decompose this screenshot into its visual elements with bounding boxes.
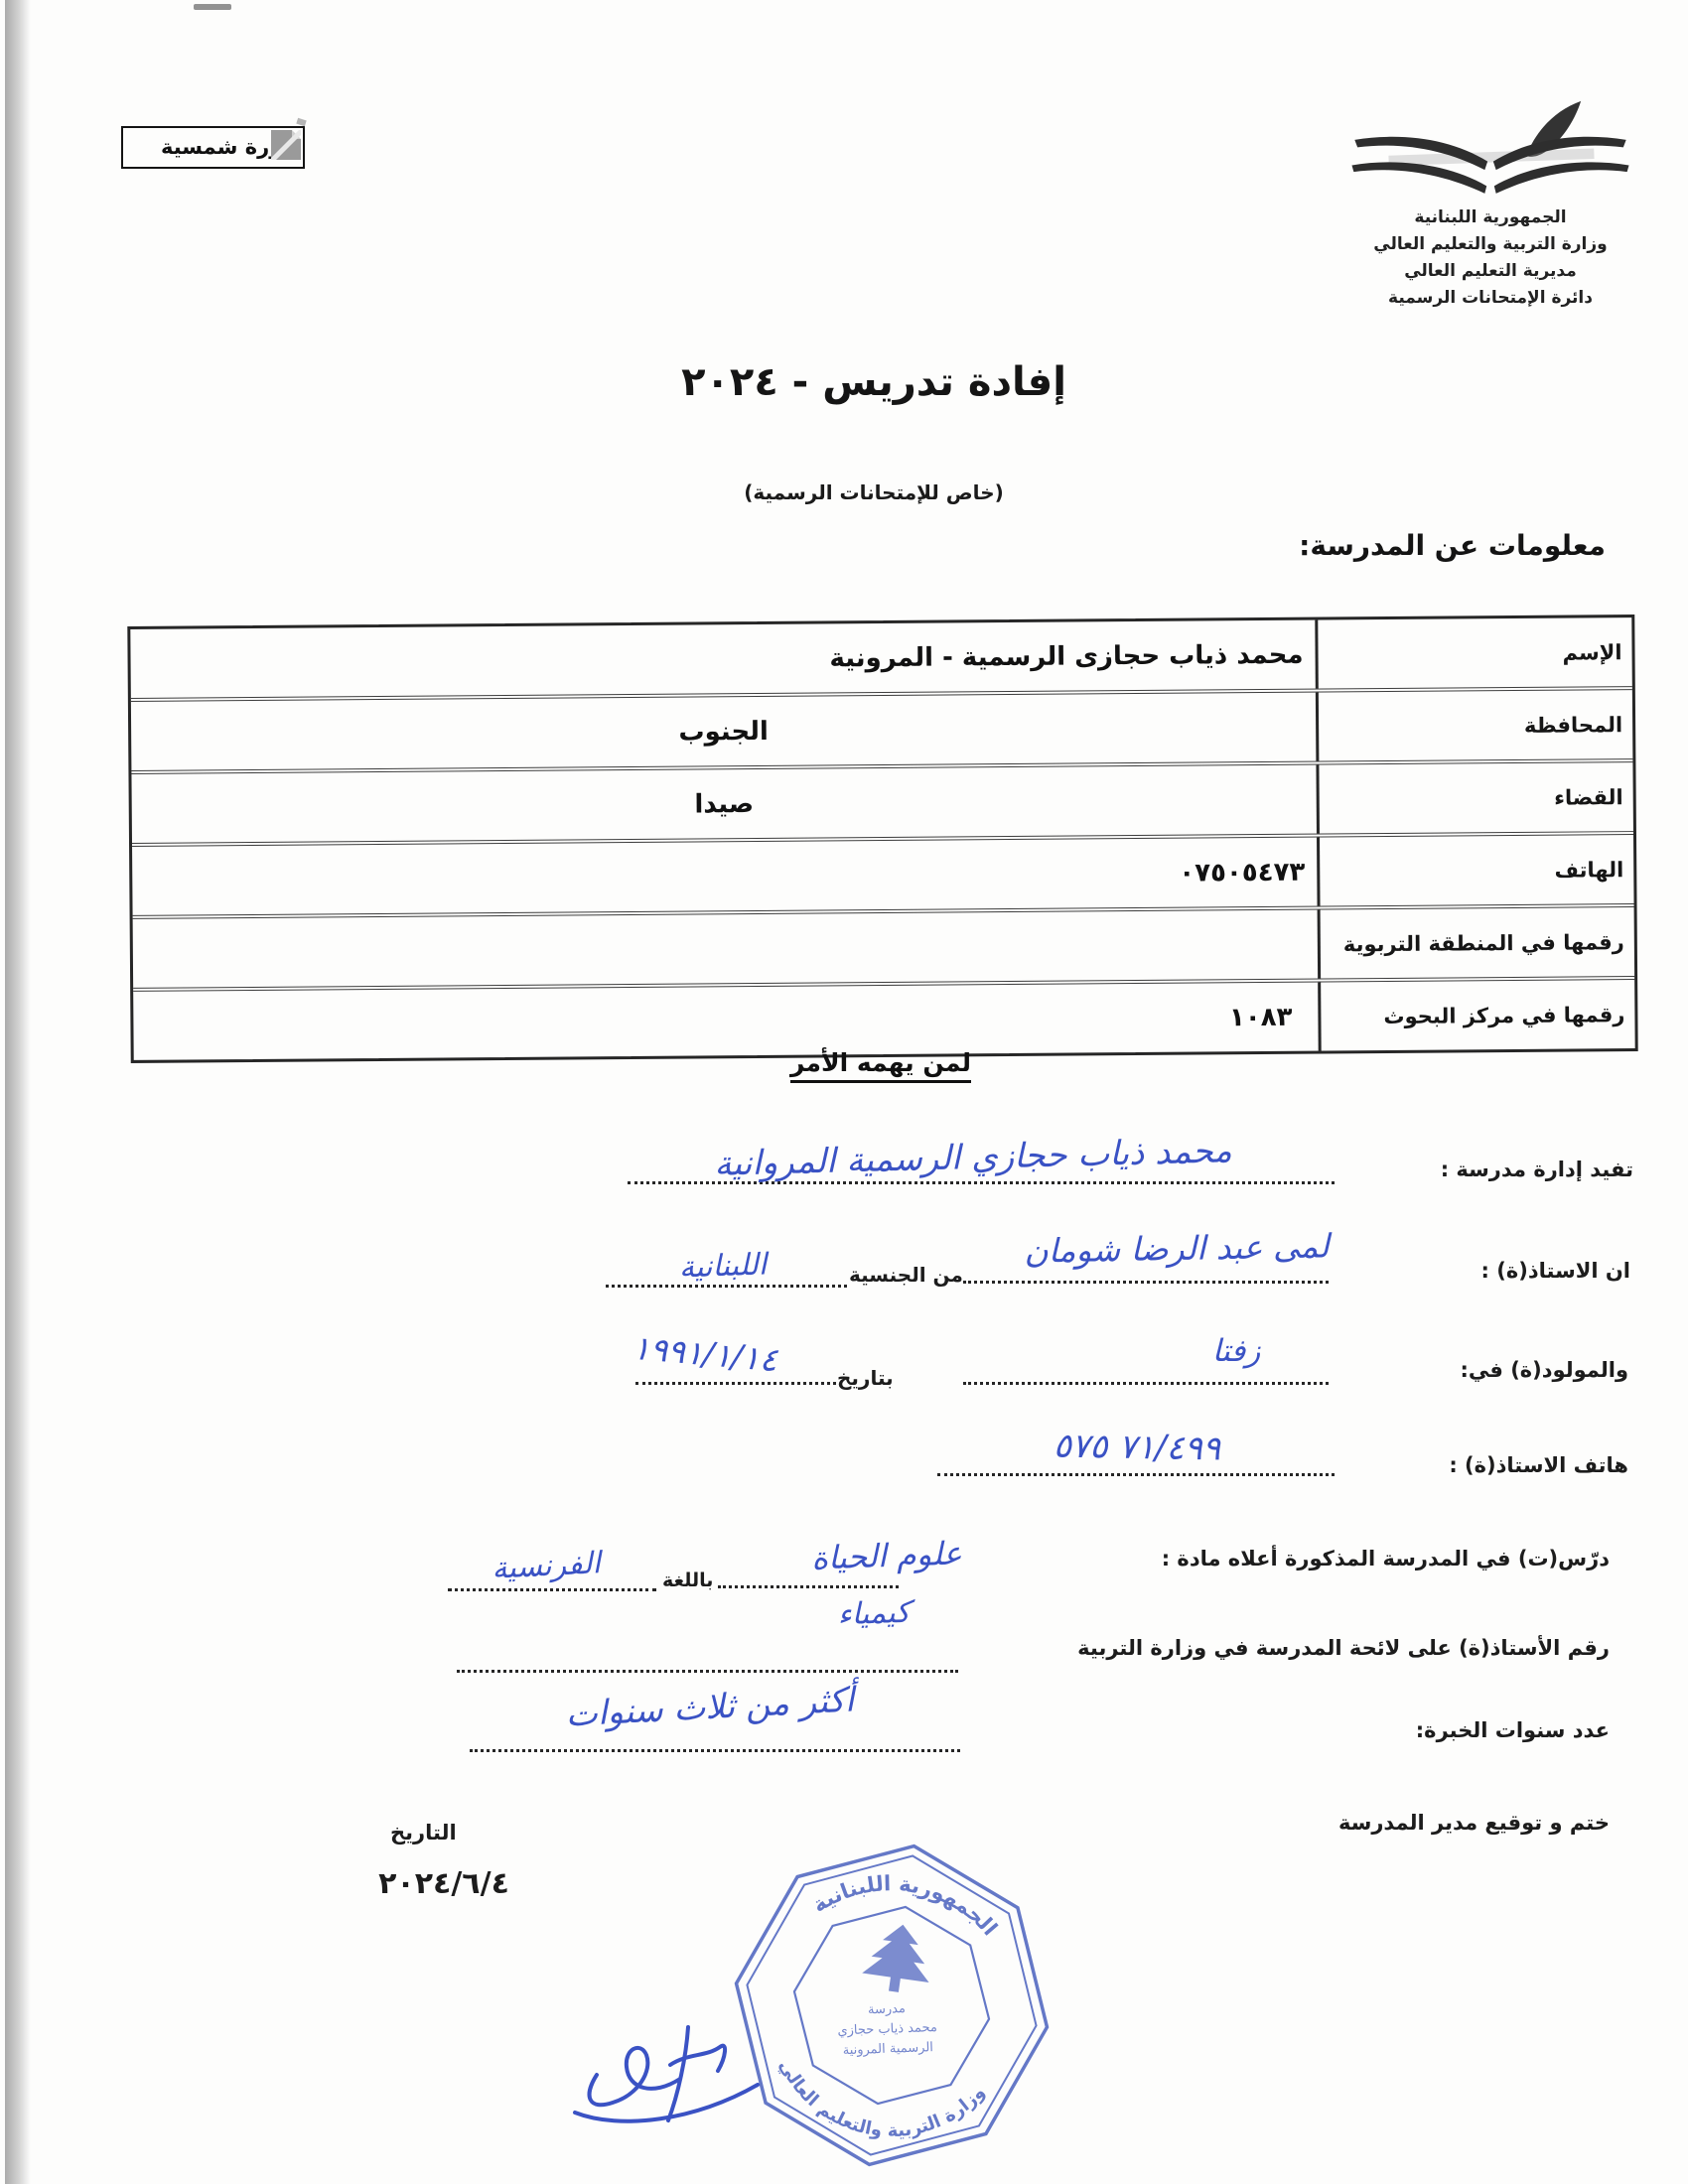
photo-placeholder-box: صورة شمسية [121,126,305,169]
document-title: إفادة تدريس - ٢٠٢٤ [516,359,1231,405]
handwritten-experience: أكثر من ثلاث سنوات [456,1675,963,1741]
governorate-label: المحافظة [1316,690,1633,761]
roster-label: رقم الأستاذ(ة) على لائحة المدرسة في وزار… [1077,1636,1610,1660]
certify-label: تفيد إدارة مدرسة : [1441,1158,1633,1181]
stamp-center-line-3: الرسمية المرونية [842,2040,933,2058]
school-phone-value: ٠٧٥٠٥٤٧٣ [132,838,1318,915]
school-name-label: الإسم [1315,617,1632,689]
table-row: رقمها في المنطقة التربوية [133,903,1635,988]
school-info-table: محمد ذياب حجازى الرسمية - المرونية الإسم… [127,614,1637,1063]
document-subtitle: (خاص للإمتحانات الرسمية) [616,480,1132,504]
school-name-value: محمد ذياب حجازى الرسمية - المرونية [130,620,1316,698]
language-label: باللغة [662,1570,713,1591]
handwritten-birthdate: ١٩٩١/١/١٤ [550,1321,860,1387]
born-label: والمولود(ة) في: [1460,1358,1628,1382]
image-icon-curl [296,118,306,126]
nationality-label: من الجنسية [849,1263,963,1287]
cedar-tree-icon [860,1920,936,1996]
table-row: محمد ذياب حجازى الرسمية - المرونية الإسم [130,617,1631,698]
handwritten-phone: ٧١/٤٩٩ ٥٧٥ [928,1424,1346,1470]
handwritten-subject2: كيمياء [798,1593,948,1633]
principal-signature [569,2013,768,2137]
dotted-line-birthdate [635,1382,836,1385]
ministry-line-directorate: مديرية التعليم العالي [1327,258,1654,285]
handwritten-nationality: اللبنانية [603,1245,842,1288]
concern-heading: لمن يهمه الأمر [633,1048,1129,1083]
official-stamp: مدرسة محمد ذياب حجازي الرسمية المرونية ا… [727,1837,1056,2176]
ministry-line-ministry: وزارة التربية والتعليم العالي [1327,231,1654,258]
teacher-label: ان الاستاذ(ة) : [1481,1259,1630,1283]
stamp-graphic: مدرسة محمد ذياب حجازي الرسمية المرونية ا… [727,1837,1056,2176]
handwritten-subject1: علوم الحياة [742,1532,1031,1579]
experience-label: عدد سنوات الخبرة: [1416,1718,1610,1742]
handwritten-birthplace: زفتا [1167,1333,1306,1369]
school-info-heading: معلومات عن المدرسة: [1299,529,1606,562]
ministry-header: الجمهورية اللبنانية وزارة التربية والتعل… [1327,205,1654,312]
scan-edge-shadow [5,0,31,2184]
signature-graphic [569,2013,768,2137]
handwritten-teacher-name: لمى عبد الرضا شومان [938,1225,1416,1272]
date-label: التاريخ [390,1821,457,1844]
dotted-line-phone [937,1473,1335,1476]
stamp-sign-label: ختم و توقيع مدير المدرسة [1338,1811,1610,1835]
table-row: الجنوب المحافظة [131,686,1633,770]
ministry-line-republic: الجمهورية اللبنانية [1327,205,1654,231]
dotted-line-birthplace [963,1382,1329,1385]
governorate-value: الجنوب [131,693,1317,770]
dotted-line-teacher-name [963,1281,1329,1284]
dotted-line-language [448,1588,656,1591]
taught-label: درّس(ت) في المدرسة المذكورة أعلاه مادة : [1162,1547,1610,1570]
dotted-line-roster [457,1670,958,1673]
open-book-logo-graphic [1348,99,1632,210]
district-label: القضاء [1316,762,1633,834]
ministry-logo [1348,99,1632,210]
dotted-line-subject [718,1585,899,1588]
research-center-number-label: رقمها في مركز البحوث [1318,980,1635,1051]
broken-image-icon [271,130,301,160]
ministry-line-exams-dept: دائرة الإمتحانات الرسمية [1327,285,1654,312]
image-icon-slash [271,130,301,160]
edu-district-number-label: رقمها في المنطقة التربوية [1318,907,1635,979]
school-phone-label: الهاتف [1317,835,1634,906]
district-value: صيدا [131,765,1317,843]
edu-district-number-value [133,910,1319,988]
table-row: صيدا القضاء [131,758,1633,843]
handwritten-language: الفرنسية [431,1543,661,1589]
dotted-line-experience [470,1749,960,1752]
stamp-center-line-2: محمد ذياب حجازي [837,2020,937,2038]
scan-speck [194,4,231,10]
issue-date: ٢٠٢٤/٦/٤ [350,1866,538,1901]
stamp-center-line-1: مدرسة [868,2001,906,2017]
teacher-phone-label: هاتف الاستاذ(ة) : [1449,1453,1628,1477]
table-row: ٠٧٥٠٥٤٧٣ الهاتف [132,831,1634,915]
handwritten-school-name: محمد ذياب حجازي الرسمية المروانية [596,1128,1351,1187]
scanned-document-page: صورة شمسية الجمهورية اللبنانية وزارة الت… [0,0,1688,2184]
